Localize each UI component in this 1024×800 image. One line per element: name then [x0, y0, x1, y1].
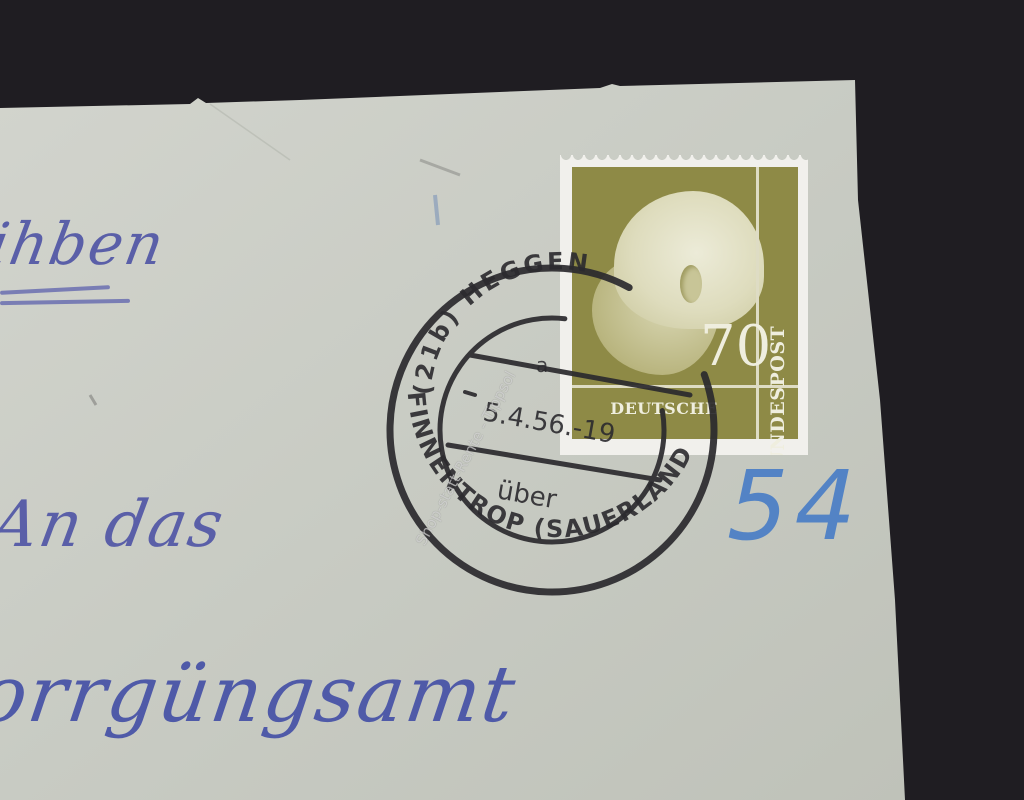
stamp-country-label: DEUTSCHE: [574, 399, 754, 418]
stamp-portrait-ear: [680, 265, 702, 303]
handwriting-line-2: An das: [0, 488, 230, 562]
stamp-design: 70 DEUTSCHE BUNDESPOST: [572, 167, 798, 439]
handwriting-line-1: ihben: [0, 210, 171, 278]
handwriting-line-3: orrgüngsamt: [0, 650, 522, 740]
stamp-frame-line: [756, 167, 759, 439]
handwritten-number: 54: [716, 450, 874, 562]
stamp-portrait-head: [614, 191, 764, 329]
photo-scene: 70 DEUTSCHE BUNDESPOST (21b) HEGGEN FINN…: [0, 0, 1024, 800]
postage-stamp: 70 DEUTSCHE BUNDESPOST: [560, 155, 808, 455]
